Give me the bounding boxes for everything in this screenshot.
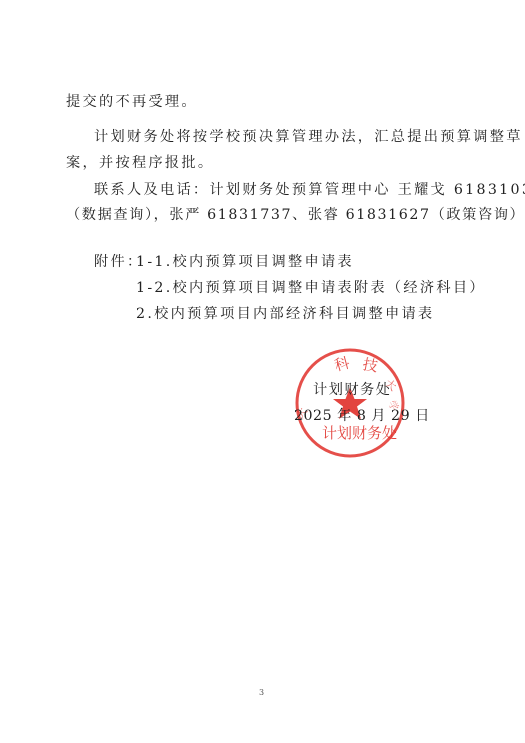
- stamp-bottom-text: 计划财务处: [322, 424, 397, 442]
- text-line: 案，并按程序报批。: [66, 153, 214, 173]
- document-page: 提交的不再受理。 计划财务处将按学校预决算管理办法，汇总提出预算调整草 案，并按…: [0, 0, 525, 743]
- signature-department: 计划财务处: [313, 380, 391, 400]
- signature-date: 2025 年 8 月 29 日: [294, 406, 430, 426]
- attachment-item: 1-1.校内预算项目调整申请表: [136, 252, 354, 272]
- page-number: 3: [259, 688, 264, 697]
- attachment-item: 1-2.校内预算项目调整申请表附表（经济科目）: [136, 278, 486, 298]
- text-line: 提交的不再受理。: [66, 92, 198, 112]
- official-seal-icon: 科 技 大 学 大 计划财务处: [292, 345, 408, 461]
- contact-line: 联系人及电话：计划财务处预算管理中心 王耀戈 61831030: [94, 180, 525, 200]
- contact-line: （数据查询），张严 61831737、张睿 61831627（政策咨询）: [66, 205, 525, 225]
- svg-text:技: 技: [361, 355, 379, 375]
- text-line: 计划财务处将按学校预决算管理办法，汇总提出预算调整草: [94, 127, 523, 147]
- svg-text:科: 科: [332, 354, 351, 375]
- attachment-item: 2.校内预算项目内部经济科目调整申请表: [136, 304, 434, 324]
